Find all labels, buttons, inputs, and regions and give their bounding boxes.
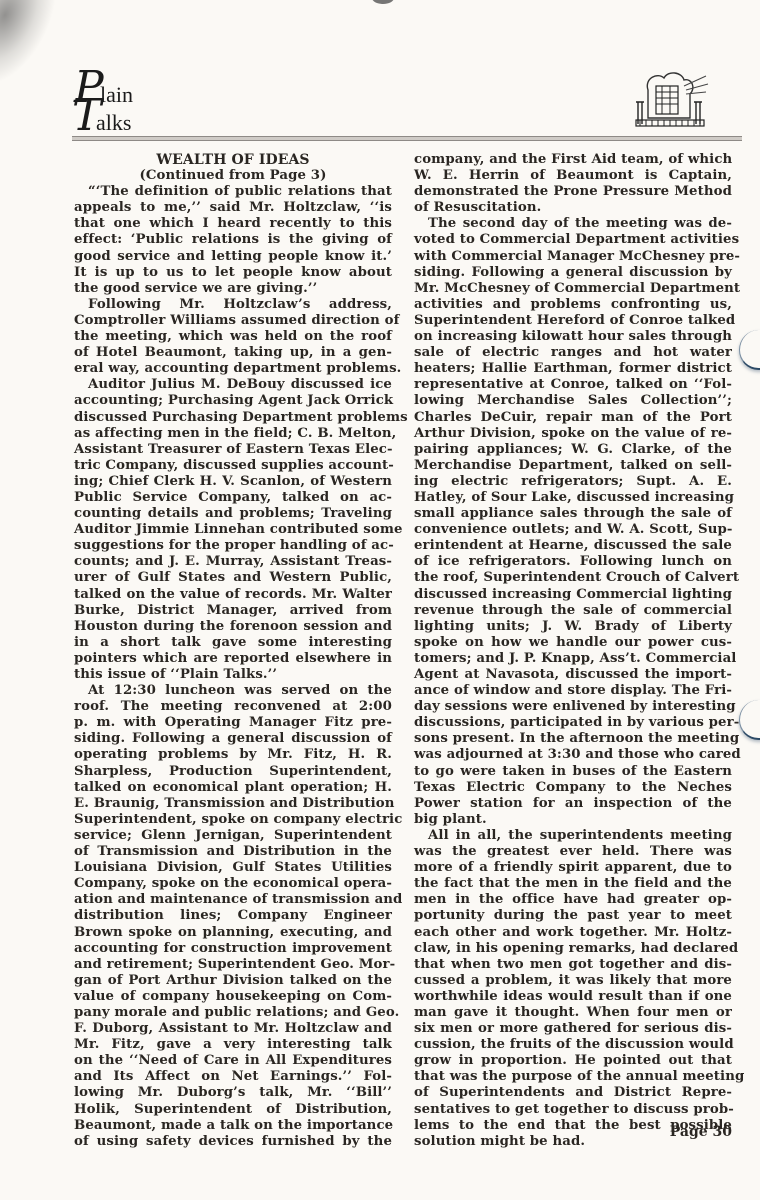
text-line: as affecting men in the field; C. B. Mel… [74, 426, 392, 442]
text-line: was the greatest ever held. There was [414, 844, 732, 860]
text-line: p. m. with Operating Manager Fitz pre- [74, 715, 392, 731]
text-line: At 12:30 luncheon was served on the [74, 683, 392, 699]
text-line: Following Mr. Holtzclaw’s address, [74, 297, 392, 313]
text-line: demonstrated the Prone Pressure Method [414, 184, 732, 200]
text-line: operating problems by Mr. Fitz, H. R. [74, 747, 392, 763]
text-line: portunity during the past year to meet [414, 908, 732, 924]
text-line: Merchandise Department, talked on sell- [414, 458, 732, 474]
text-line: men in the office have had greater op- [414, 892, 732, 908]
text-line: Superintendent Hereford of Conroe talked [414, 313, 732, 329]
text-line: lowing Mr. Duborg’s talk, Mr. ‘‘Bill’’ [74, 1085, 392, 1101]
text-line: ation and maintenance of transmission an… [74, 892, 392, 908]
text-line: Agent at Navasota, discussed the import- [414, 667, 732, 683]
text-line: this issue of ‘‘Plain Talks.’’ [74, 667, 392, 683]
text-line: ing electric refrigerators; Supt. A. E. [414, 474, 732, 490]
article-subtitle: (Continued from Page 3) [74, 168, 392, 184]
text-line: All in all, the superintendents meeting [414, 828, 732, 844]
text-line: eral way, accounting department problems… [74, 361, 392, 377]
text-line: six men or more gathered for serious dis… [414, 1021, 732, 1037]
text-line: Holik, Superintendent of Distribution, [74, 1102, 392, 1118]
text-line: small appliance sales through the sale o… [414, 506, 732, 522]
right-column-text: company, and the First Aid team, of whic… [414, 152, 732, 1150]
power-plant-emblem-icon [634, 68, 714, 132]
text-line: effect: ‘Public relations is the giving … [74, 232, 392, 248]
text-line: sentatives to get together to discuss pr… [414, 1102, 732, 1118]
text-line: discussed increasing Commercial lighting [414, 587, 732, 603]
text-line: Auditor Julius M. DeBouy discussed ice [74, 377, 392, 393]
text-line: spoke on how we handle our power cus- [414, 635, 732, 651]
masthead-divider [72, 136, 742, 141]
page-number: Page 30 [670, 1124, 732, 1140]
text-line: tomers; and J. P. Knapp, Ass’t. Commerci… [414, 651, 732, 667]
text-line: on increasing kilowatt hour sales throug… [414, 329, 732, 345]
text-line: W. E. Herrin of Beaumont is Captain, [414, 168, 732, 184]
text-line: Burke, District Manager, arrived from [74, 603, 392, 619]
text-line: Assistant Treasurer of Eastern Texas Ele… [74, 442, 392, 458]
text-line: It is up to us to let people know about [74, 265, 392, 281]
text-line: grow in proportion. He pointed out that [414, 1053, 732, 1069]
text-line: pany morale and public relations; and Ge… [74, 1005, 392, 1021]
text-line: pairing appliances; W. G. Clarke, of the [414, 442, 732, 458]
text-line: and retirement; Superintendent Geo. Mor- [74, 957, 392, 973]
text-line: E. Braunig, Transmission and Distributio… [74, 796, 392, 812]
text-line: The second day of the meeting was de- [414, 216, 732, 232]
text-line: Houston during the forenoon session and [74, 619, 392, 635]
text-line: roof. The meeting reconvened at 2:00 [74, 699, 392, 715]
text-line: activities and problems confronting us, [414, 297, 732, 313]
text-line: man gave it thought. When four men or [414, 1005, 732, 1021]
text-line: Sharpless, Production Superintendent, [74, 764, 392, 780]
text-line: cussion, the fruits of the discussion wo… [414, 1037, 732, 1053]
text-line: discussions, participated in by various … [414, 715, 732, 731]
text-line: lighting units; J. W. Brady of Liberty [414, 619, 732, 635]
text-line: ing; Chief Clerk H. V. Scanlon, of Weste… [74, 474, 392, 490]
text-line: company, and the First Aid team, of whic… [414, 152, 732, 168]
text-line: the good service we are giving.’’ [74, 281, 392, 297]
text-line: Louisiana Division, Gulf States Utilitie… [74, 860, 392, 876]
text-line: Mr. McChesney of Commercial Department [414, 281, 732, 297]
text-line: talked on the value of records. Mr. Walt… [74, 587, 392, 603]
text-line: on the ‘‘Need of Care in All Expenditure… [74, 1053, 392, 1069]
masthead: P T lain alks [72, 72, 742, 140]
article-left-column: WEALTH OF IDEAS (Continued from Page 3) … [74, 152, 392, 1150]
text-line: claw, in his opening remarks, had declar… [414, 941, 732, 957]
text-line: that one which I heard recently to this [74, 216, 392, 232]
text-line: value of company housekeeping on Com- [74, 989, 392, 1005]
page-corner-shadow [0, 0, 77, 102]
binder-hole-upper [739, 330, 760, 370]
text-line: talked on economical plant operation; H. [74, 780, 392, 796]
logo-line-2: alks [96, 112, 131, 134]
page-notch [372, 0, 394, 4]
text-line: of Resuscitation. [414, 200, 732, 216]
text-line: siding. Following a general discussion o… [74, 731, 392, 747]
text-line: the meeting, which was held on the roof [74, 329, 392, 345]
text-line: cussed a problem, it was likely that mor… [414, 973, 732, 989]
plain-talks-logo: P T lain alks [72, 72, 162, 134]
logo-line-1: lain [100, 84, 133, 106]
text-line: worthwhile ideas would result than if on… [414, 989, 732, 1005]
text-line: voted to Commercial Department activitie… [414, 232, 732, 248]
text-line: Charles DeCuir, repair man of the Port [414, 410, 732, 426]
text-line: Power station for an inspection of the [414, 796, 732, 812]
text-line: counting details and problems; Traveling [74, 506, 392, 522]
text-line: Auditor Jimmie Linnehan contributed some [74, 522, 392, 538]
text-line: more of a friendly spirit apparent, due … [414, 860, 732, 876]
text-line: pointers which are reported elsewhere in [74, 651, 392, 667]
text-line: Brown spoke on planning, executing, and [74, 925, 392, 941]
text-line: of Superintendents and District Repre- [414, 1085, 732, 1101]
text-line: siding. Following a general discussion b… [414, 265, 732, 281]
text-line: suggestions for the proper handling of a… [74, 538, 392, 554]
text-line: was adjourned at 3:30 and those who care… [414, 747, 732, 763]
text-line: lowing Merchandise Sales Collection’’; [414, 393, 732, 409]
text-line: erintendent at Hearne, discussed the sal… [414, 538, 732, 554]
text-line: that was the purpose of the annual meeti… [414, 1069, 732, 1085]
text-line: each other and work together. Mr. Holtz- [414, 925, 732, 941]
article-title: WEALTH OF IDEAS [74, 152, 392, 168]
text-line: to go were taken in buses of the Eastern [414, 764, 732, 780]
text-line: sons present. In the afternoon the meeti… [414, 731, 732, 747]
text-line: big plant. [414, 812, 732, 828]
text-line: and Its Affect on Net Earnings.’’ Fol- [74, 1069, 392, 1085]
text-line: of Hotel Beaumont, taking up, in a gen- [74, 345, 392, 361]
text-line: in a short talk gave some interesting [74, 635, 392, 651]
text-line: counts; and J. E. Murray, Assistant Trea… [74, 554, 392, 570]
text-line: Texas Electric Company to the Neches [414, 780, 732, 796]
text-line: appeals to me,’’ said Mr. Holtzclaw, ‘‘i… [74, 200, 392, 216]
text-line: good service and letting people know it.… [74, 249, 392, 265]
text-line: service; Glenn Jernigan, Superintendent [74, 828, 392, 844]
text-line: accounting for construction improvement [74, 941, 392, 957]
text-line: F. Duborg, Assistant to Mr. Holtzclaw an… [74, 1021, 392, 1037]
text-line: the fact that the men in the field and t… [414, 876, 732, 892]
article-right-column: company, and the First Aid team, of whic… [414, 152, 732, 1150]
text-line: discussed Purchasing Department problems [74, 410, 392, 426]
text-line: tric Company, discussed supplies account… [74, 458, 392, 474]
text-line: Beaumont, made a talk on the importance [74, 1118, 392, 1134]
text-line: “‘The definition of public relations tha… [74, 184, 392, 200]
text-line: heaters; Hallie Earthman, former distric… [414, 361, 732, 377]
text-line: Mr. Fitz, gave a very interesting talk [74, 1037, 392, 1053]
text-line: Superintendent, spoke on company electri… [74, 812, 392, 828]
text-line: the roof, Superintendent Crouch of Calve… [414, 570, 732, 586]
text-line: day sessions were enlivened by interesti… [414, 699, 732, 715]
text-line: with Commercial Manager McChesney pre- [414, 249, 732, 265]
text-line: gan of Port Arthur Division talked on th… [74, 973, 392, 989]
text-line: ance of window and store display. The Fr… [414, 683, 732, 699]
text-line: distribution lines; Company Engineer [74, 908, 392, 924]
text-line: representative at Conroe, talked on ‘‘Fo… [414, 377, 732, 393]
text-line: sale of electric ranges and hot water [414, 345, 732, 361]
left-column-text: “‘The definition of public relations tha… [74, 184, 392, 1150]
text-line: convenience outlets; and W. A. Scott, Su… [414, 522, 732, 538]
text-line: Hatley, of Sour Lake, discussed increasi… [414, 490, 732, 506]
text-line: Company, spoke on the economical opera- [74, 876, 392, 892]
text-line: revenue through the sale of commercial [414, 603, 732, 619]
text-line: Arthur Division, spoke on the value of r… [414, 426, 732, 442]
text-line: urer of Gulf States and Western Public, [74, 570, 392, 586]
text-line: Comptroller Williams assumed direction o… [74, 313, 392, 329]
text-line: of Transmission and Distribution in the [74, 844, 392, 860]
binder-hole-lower [739, 700, 760, 740]
text-line: of ice refrigerators. Following lunch on [414, 554, 732, 570]
text-line: of using safety devices furnished by the [74, 1134, 392, 1150]
text-line: that when two men got together and dis- [414, 957, 732, 973]
text-line: Public Service Company, talked on ac- [74, 490, 392, 506]
text-line: accounting; Purchasing Agent Jack Orrick [74, 393, 392, 409]
